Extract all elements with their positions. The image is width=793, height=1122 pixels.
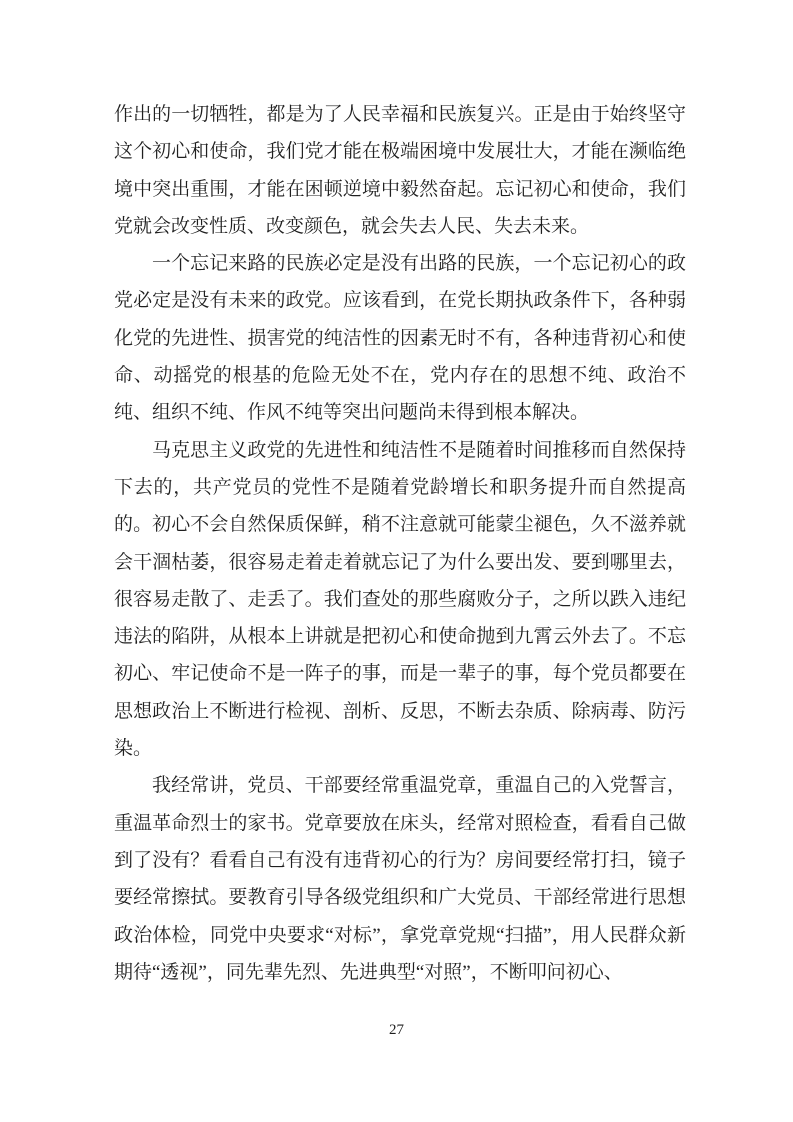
paragraph-4: 我经常讲，党员、干部要经常重温党章，重温自己的入党誓言，重温革命烈士的家书。党章…	[114, 767, 686, 991]
body-text: 作出的一切牺牲，都是为了人民幸福和民族复兴。正是由于始终坚守这个初心和使命，我们…	[114, 96, 686, 991]
paragraph-3: 马克思主义政党的先进性和纯洁性不是随着时间推移而自然保持下去的，共产党员的党性不…	[114, 432, 686, 768]
paragraph-1: 作出的一切牺牲，都是为了人民幸福和民族复兴。正是由于始终坚守这个初心和使命，我们…	[114, 96, 686, 245]
document-page: 作出的一切牺牲，都是为了人民幸福和民族复兴。正是由于始终坚守这个初心和使命，我们…	[0, 0, 793, 1122]
page-number: 27	[0, 1022, 793, 1039]
paragraph-2: 一个忘记来路的民族必定是没有出路的民族，一个忘记初心的政党必定是没有未来的政党。…	[114, 245, 686, 431]
